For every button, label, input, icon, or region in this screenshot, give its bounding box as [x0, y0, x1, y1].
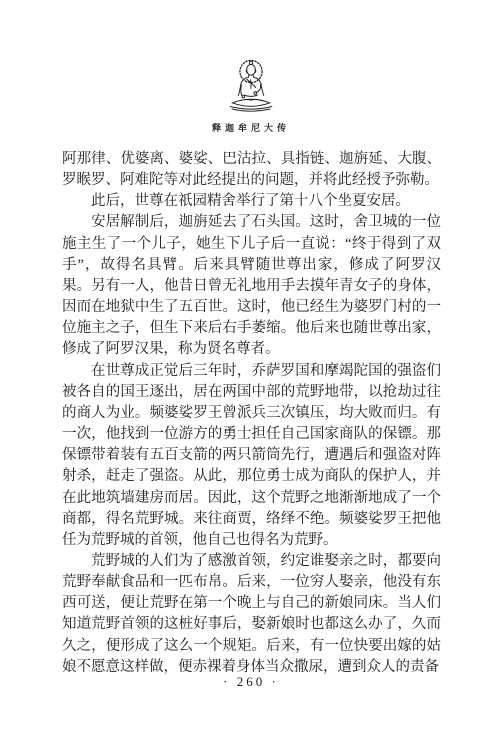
book-title-caption: 释迦牟尼大传	[0, 121, 502, 134]
page-number: · 260 ·	[0, 674, 502, 690]
buddha-illustration	[0, 55, 502, 119]
book-page: 释迦牟尼大传 阿那律、优婆离、婆娑、巴沽拉、具指链、迦旃延、大腹、罗睺罗、阿难陀…	[0, 0, 502, 747]
paragraph: 在世尊成正觉后三年时，乔萨罗国和摩竭陀国的强盗们被各自的国王逐出，居在两国中部的…	[62, 361, 441, 551]
seated-buddha-icon	[220, 55, 282, 119]
paragraph: 此后，世尊在祇园精舍举行了第十八个坐夏安居。	[62, 191, 441, 212]
paragraph: 荒野城的人们为了感激首领，约定谁娶亲之时，都要向荒野奉献食品和一匹布帛。后来，一…	[62, 551, 441, 678]
paragraph-continuation: 阿那律、优婆离、婆娑、巴沽拉、具指链、迦旃延、大腹、罗睺罗、阿难陀等对此经提出的…	[62, 149, 441, 191]
paragraph: 安居解制后，迦旃延去了石头国。这时，舍卫城的一位施主生了一个儿子，她生下儿子后一…	[62, 212, 441, 360]
body-text: 阿那律、优婆离、婆娑、巴沽拉、具指链、迦旃延、大腹、罗睺罗、阿难陀等对此经提出的…	[62, 149, 441, 678]
